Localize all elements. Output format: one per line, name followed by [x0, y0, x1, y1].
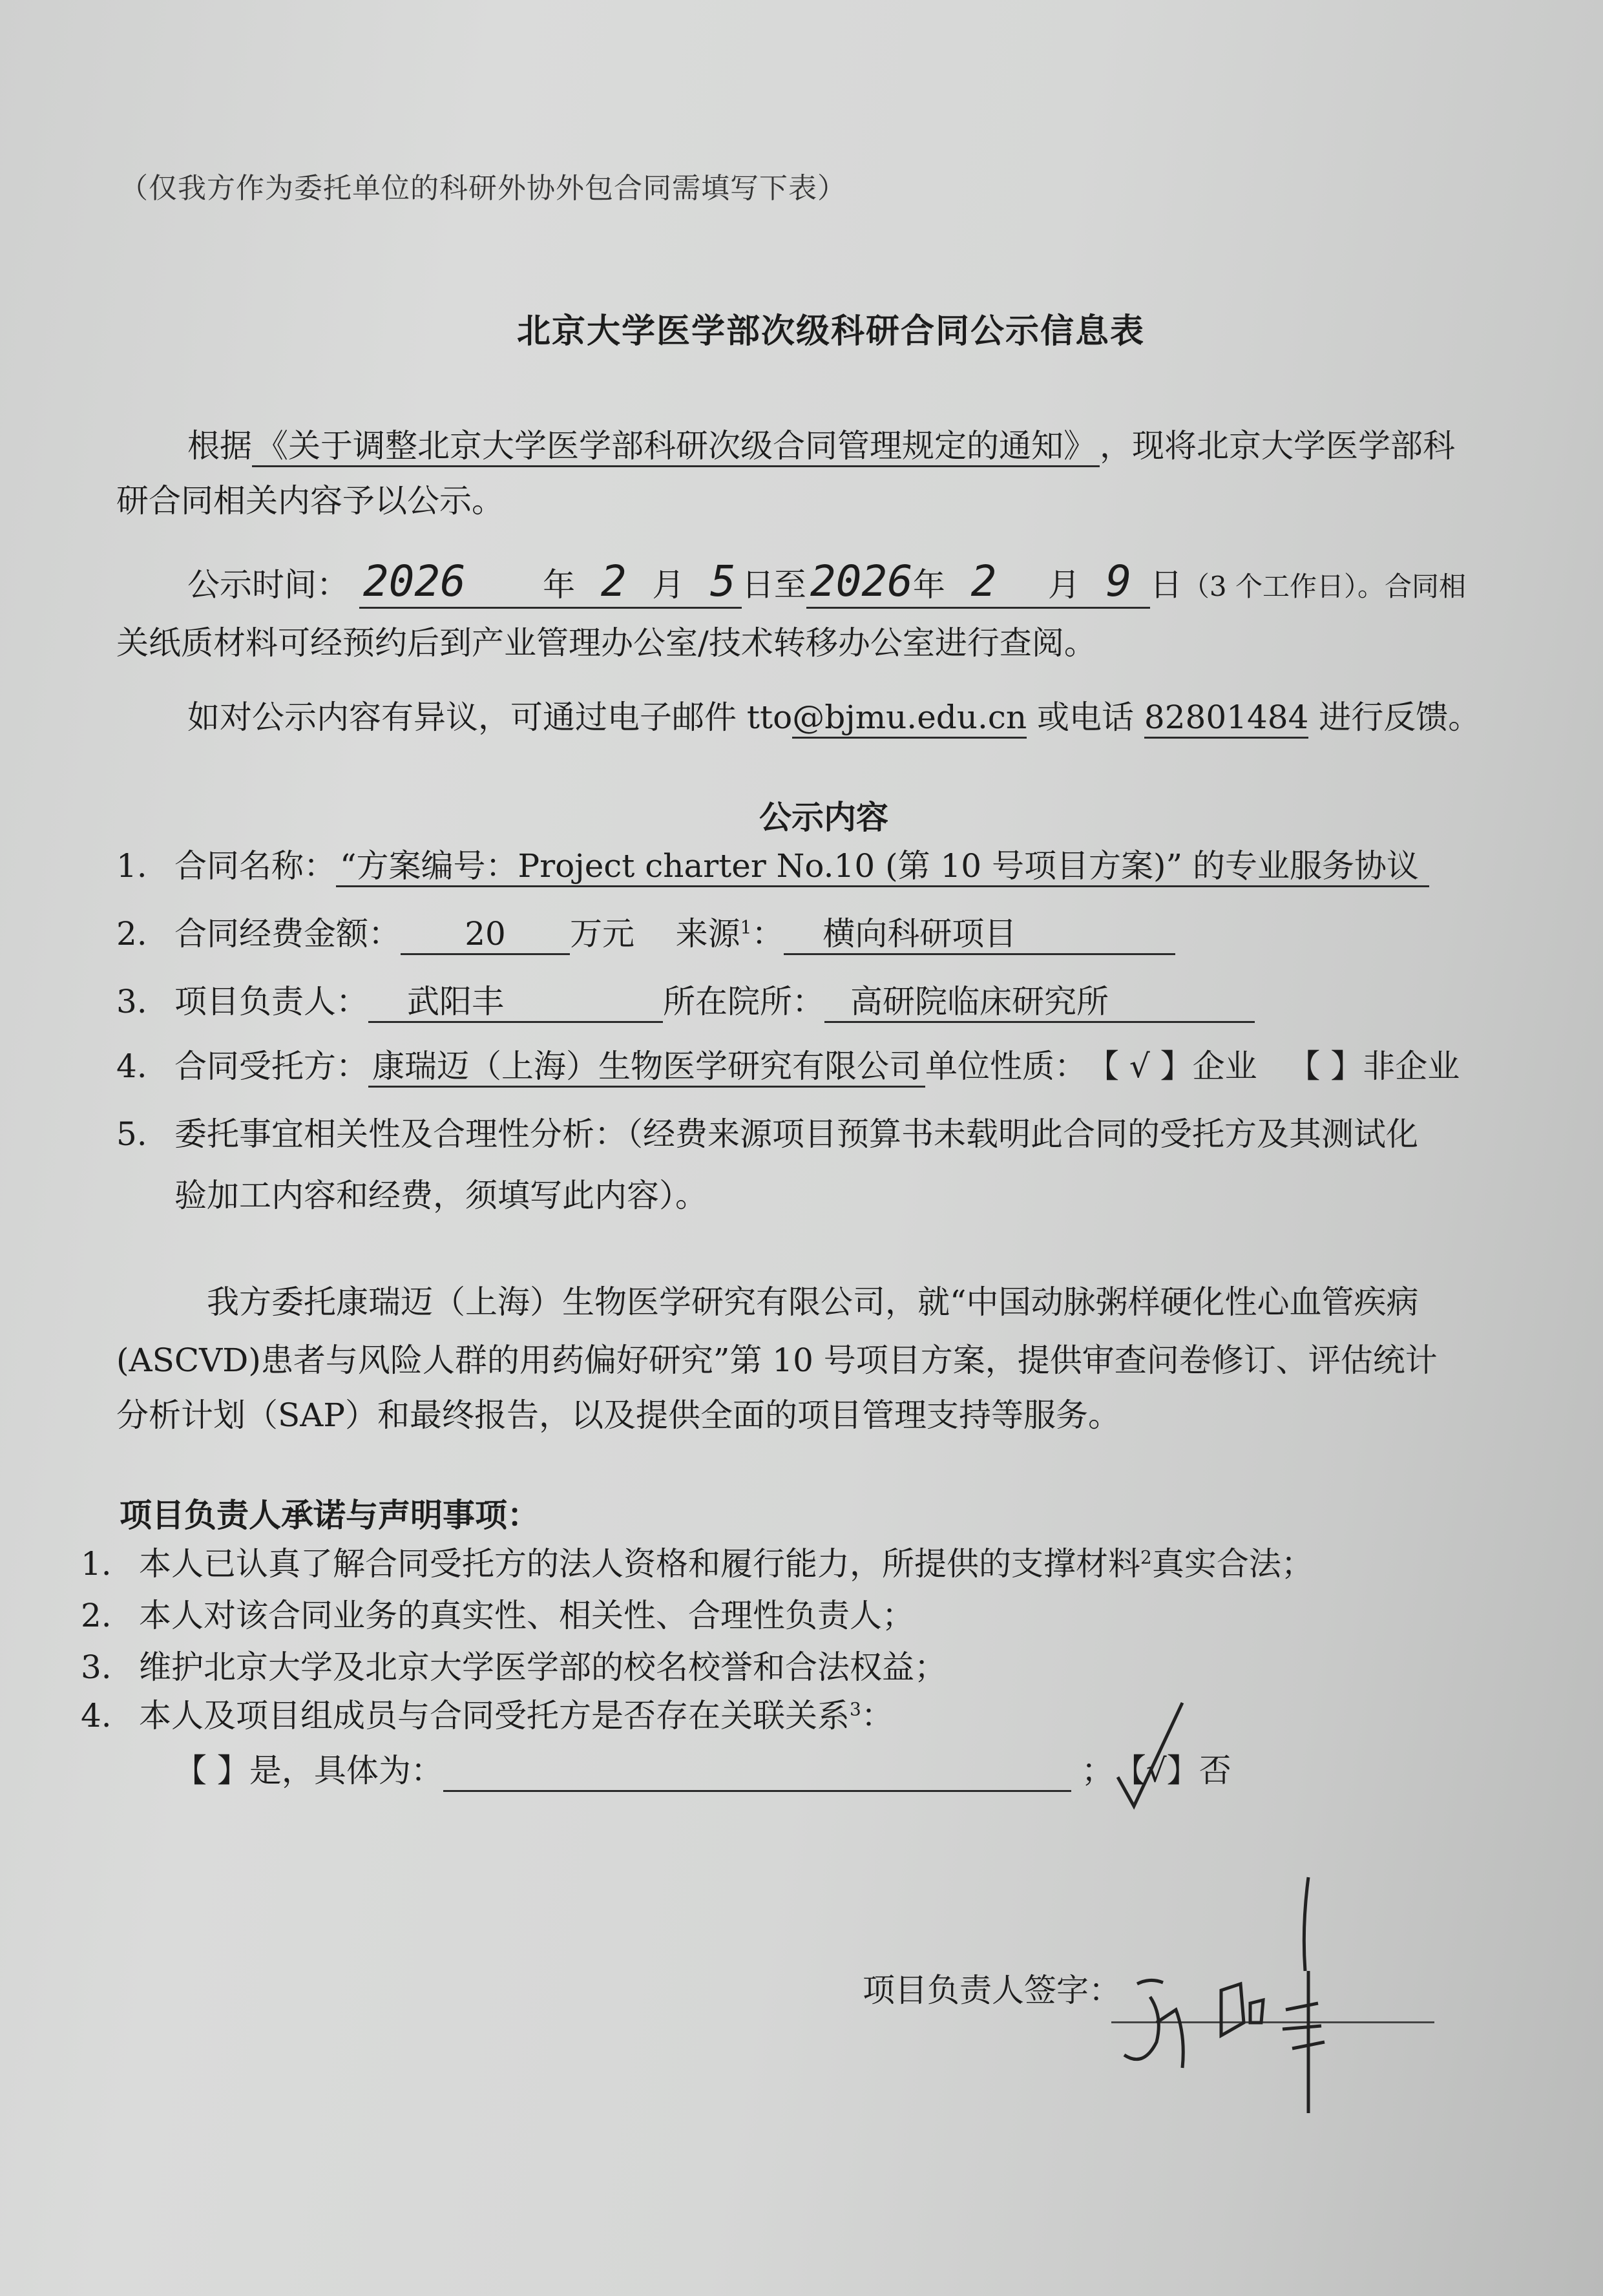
feedback-phone[interactable]: 82801484 — [1144, 698, 1309, 739]
analysis-line3: 分析计划（SAP）和最终报告，以及提供全面的项目管理支持等服务。 — [116, 1396, 1120, 1435]
item-project-leader: 3.项目负责人：武阳丰所在院所：高研院临床研究所 — [116, 982, 1255, 1023]
commitment-1: 1.本人已认真了解合同受托方的法人资格和履行能力，所提供的支撑材料2真实合法； — [81, 1544, 1314, 1583]
intro-line2: 研合同相关内容予以公示。 — [116, 481, 504, 520]
intro-line1: 根据《关于调整北京大学医学部科研次级合同管理规定的通知》，现将北京大学医学部科 — [187, 427, 1455, 467]
publicity-period: 公示时间： 2026 年 2 月 5 日至 2026年 2 月 9 日（3 个工… — [187, 556, 1466, 609]
commitments-heading: 项目负责人承诺与声明事项： — [120, 1490, 540, 1536]
signature-label: 项目负责人签字： — [863, 1971, 1121, 2010]
institute-value: 高研院临床研究所 — [824, 982, 1255, 1023]
contractor-value: 康瑞迈（上海）生物医学研究有限公司 — [368, 1047, 925, 1088]
start-date-field: 2026 年 2 月 5 — [359, 556, 742, 609]
notice-title-link: 《关于调整北京大学医学部科研次级合同管理规定的通知》 — [252, 427, 1100, 467]
contract-name-value: “方案编号：Project charter No.10 (第 10 号项目方案)… — [336, 847, 1429, 887]
publicity-line2: 关纸质材料可经预约后到产业管理办公室/技术转移办公室进行查阅。 — [116, 624, 1096, 662]
item-contract-name: 1.合同名称：“方案编号：Project charter No.10 (第 10… — [116, 847, 1429, 887]
commitment-2: 2.本人对该合同业务的真实性、相关性、合理性负责人； — [81, 1596, 914, 1635]
analysis-line1: 我方委托康瑞迈（上海）生物医学研究有限公司，就“中国动脉粥样硬化性心血管疾病 — [207, 1283, 1419, 1322]
related-detail-field[interactable] — [443, 1751, 1071, 1792]
content-heading: 公示内容 — [759, 792, 888, 838]
page-title: 北京大学医学部次级科研合同公示信息表 — [517, 304, 1145, 352]
related-yes-checkbox[interactable]: 【 】 — [174, 1751, 249, 1790]
feedback-email[interactable]: @bjmu.edu.cn — [792, 698, 1027, 739]
funding-source-value: 横向科研项目 — [784, 914, 1175, 955]
amount-value: 20 — [401, 914, 570, 955]
analysis-line2: (ASCVD)患者与风险人群的用药偏好研究”第 10 号项目方案，提供审查问卷修… — [116, 1341, 1438, 1380]
item-analysis-line2: 验加工内容和经费，须填写此内容）。 — [174, 1176, 707, 1215]
handwritten-check-icon — [1111, 1700, 1189, 1816]
commitment-4: 4.本人及项目组成员与合同受托方是否存在关联关系3： — [81, 1696, 894, 1735]
item-contractor: 4.合同受托方：康瑞迈（上海）生物医学研究有限公司单位性质：【 √ 】企业 【 … — [116, 1047, 1460, 1088]
non-enterprise-checkbox[interactable]: 【 】 — [1288, 1047, 1363, 1086]
handwritten-signature — [1111, 1874, 1383, 2120]
leader-value: 武阳丰 — [368, 982, 663, 1023]
enterprise-checkbox[interactable]: 【 √ 】 — [1087, 1047, 1193, 1086]
feedback-line: 如对公示内容有异议，可通过电子邮件 tto@bjmu.edu.cn 或电话 82… — [187, 698, 1480, 739]
item-contract-amount: 2.合同经费金额：20万元 来源1：横向科研项目 — [116, 914, 1175, 955]
commitment-3: 3.维护北京大学及北京大学医学部的校名校誉和合法权益； — [81, 1648, 947, 1687]
header-note: （仅我方作为委托单位的科研外协外包合同需填写下表） — [120, 165, 846, 206]
item-analysis-label: 5.委托事宜相关性及合理性分析：（经费来源项目预算书未载明此合同的受托方及其测试… — [116, 1115, 1418, 1153]
document-page: （仅我方作为委托单位的科研外协外包合同需填写下表） 北京大学医学部次级科研合同公… — [0, 0, 1603, 2296]
related-party-options: 【 】是，具体为： ；【√】否 — [174, 1751, 1231, 1792]
end-date-field: 2026年 2 月 9 — [806, 556, 1150, 609]
